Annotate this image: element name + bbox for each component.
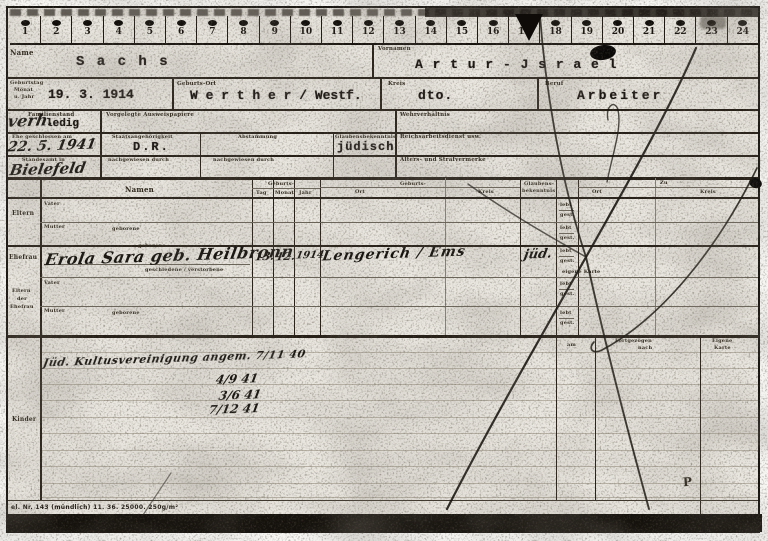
scanned-record-card: 123456789101112131415161718192021222324 … xyxy=(0,0,768,541)
geburtstag-label-3: u. Jahr xyxy=(14,94,34,100)
tab-number: 4 xyxy=(104,27,134,37)
rule-line xyxy=(40,368,758,369)
tab-number: 19 xyxy=(572,27,602,37)
glauben-value: jüdisch xyxy=(337,140,394,154)
header-jahr: Jahr xyxy=(299,190,312,196)
tab-number: 12 xyxy=(353,27,383,37)
tab-number: 16 xyxy=(478,27,508,37)
printer-imprint: el. Nr. 143 (mündlich) 11. 36. 25000. 25… xyxy=(11,504,178,511)
punch-dot xyxy=(177,20,186,26)
tab-number: 20 xyxy=(603,27,633,37)
divider xyxy=(40,178,42,500)
lebt-label: lebt xyxy=(560,281,572,287)
abstammung-label: Abstammung xyxy=(238,134,277,140)
rad-label: Reichsarbeitsdienst usw. xyxy=(400,134,481,140)
rule xyxy=(40,306,758,307)
tab-8: 8 xyxy=(228,16,259,43)
punch-dot xyxy=(613,20,622,26)
geschiedene-small: geschiedene / verstorbene xyxy=(145,267,223,273)
tab-12: 12 xyxy=(353,16,384,43)
rule xyxy=(8,77,758,79)
lebt-label: lebt xyxy=(560,202,572,208)
punch-dot xyxy=(395,20,404,26)
eigene-karte-header-1: Eigene xyxy=(712,338,732,344)
tab-number: 13 xyxy=(384,27,414,37)
kinder-annotation-2: 4/9 41 xyxy=(215,371,260,386)
kreis-value: dto. xyxy=(418,88,453,103)
rule-line xyxy=(40,466,758,467)
tab-number: 2 xyxy=(41,27,71,37)
rule xyxy=(40,277,758,278)
eltern-der-ehefrau-3: Ehefrau xyxy=(10,304,34,310)
header-zu: Zu xyxy=(660,180,668,186)
rule xyxy=(8,500,758,501)
rule xyxy=(559,233,574,234)
beruf-label: Beruf xyxy=(545,81,563,87)
ehefrau-jahr: 1914 xyxy=(295,250,325,262)
tab-5: 5 xyxy=(135,16,166,43)
divider xyxy=(372,45,374,78)
divider xyxy=(578,178,579,335)
tab-number: 10 xyxy=(291,27,321,37)
rule-line xyxy=(40,497,758,498)
lebt-label: lebt xyxy=(560,225,572,231)
punch-dot xyxy=(239,20,248,26)
tab-number: 21 xyxy=(634,27,664,37)
tab-number: 15 xyxy=(447,27,477,37)
tab-20: 20 xyxy=(603,16,634,43)
gest-label: gest. xyxy=(560,235,575,241)
rule-line xyxy=(40,384,758,385)
eltern-der-ehefrau-1: Eltern xyxy=(12,288,31,294)
header-geburts-1: Geburts- xyxy=(268,181,294,187)
name-value: S a c h s xyxy=(76,54,170,70)
rule xyxy=(578,187,758,188)
gest-label: gest. xyxy=(560,212,575,218)
punch-dot xyxy=(52,20,61,26)
ehefrau-glauben: jüd. xyxy=(523,247,554,263)
kreis-label: Kreis xyxy=(388,81,405,87)
beruf-value: Arbeiter xyxy=(577,88,663,103)
header-kreis: Kreis xyxy=(478,189,494,195)
tab-number: 22 xyxy=(665,27,695,37)
header-monat: Monat xyxy=(275,190,294,196)
rule-line xyxy=(40,450,758,451)
punch-dot xyxy=(333,20,342,26)
tab-2: 2 xyxy=(41,16,72,43)
familienstand-handwritten: verh. xyxy=(6,110,55,131)
lebt-label: lebt xyxy=(560,248,572,254)
rule xyxy=(8,197,758,199)
tab-4: 4 xyxy=(104,16,135,43)
kinder-annotation-4: 7/12 41 xyxy=(208,401,261,417)
divider xyxy=(380,79,382,109)
tab-13: 13 xyxy=(384,16,415,43)
vornamen-label: Vornamen xyxy=(378,46,411,52)
geburtsort-label: Geburts-Ort xyxy=(177,81,216,87)
triangle-mark xyxy=(515,14,543,41)
punch-dot xyxy=(114,20,123,26)
tab-row: 123456789101112131415161718192021222324 xyxy=(10,16,758,45)
divider xyxy=(172,79,174,109)
rule xyxy=(559,318,574,319)
punch-dot xyxy=(645,20,654,26)
divider xyxy=(655,178,656,335)
rule xyxy=(559,256,574,257)
tab-1: 1 xyxy=(10,16,41,43)
tab-number: 9 xyxy=(260,27,290,37)
tab-smudge xyxy=(700,16,726,29)
rule-line xyxy=(40,417,758,418)
tab-number: 24 xyxy=(728,27,758,37)
papiere-label: Vorgelegte Ausweispapiere xyxy=(106,112,194,118)
ehefrau-tag: 13. xyxy=(254,250,276,264)
header-kreis-2: Kreis xyxy=(700,189,716,195)
header-geburts-2: Geburts- xyxy=(400,181,426,187)
rule xyxy=(40,222,758,223)
tab-18: 18 xyxy=(540,16,571,43)
tab-21: 21 xyxy=(634,16,665,43)
rule xyxy=(320,187,520,188)
rule xyxy=(8,109,758,111)
tab-3: 3 xyxy=(72,16,103,43)
punch-dot xyxy=(426,20,435,26)
tab-number: 7 xyxy=(197,27,227,37)
rule xyxy=(8,177,758,180)
rule xyxy=(559,289,574,290)
eltern-der-ehefrau-2: der xyxy=(17,296,27,302)
punch-dot xyxy=(145,20,154,26)
punch-dot xyxy=(582,20,591,26)
punch-dot xyxy=(676,20,685,26)
rule xyxy=(252,188,320,189)
wehr-label: Wehrverhältnis xyxy=(400,112,450,118)
tab-7: 7 xyxy=(197,16,228,43)
geborene-label-2: geborene xyxy=(112,310,140,316)
divider xyxy=(595,335,596,500)
tab-15: 15 xyxy=(447,16,478,43)
tab-19: 19 xyxy=(572,16,603,43)
header-namen: Namen xyxy=(125,185,154,194)
ehefrau-label: Ehefrau xyxy=(9,254,37,261)
name-label: Name xyxy=(10,48,34,57)
nach-label: nach xyxy=(638,345,652,351)
tab-24: 24 xyxy=(728,16,758,43)
geburtsort-value: W e r t h e r / Westf. xyxy=(190,88,362,103)
vornamen-value: A r t u r - J s r a e l xyxy=(415,57,617,72)
tab-number: 1 xyxy=(10,27,40,37)
mutter-label-2: Mutter xyxy=(44,308,65,314)
tab-number: 14 xyxy=(416,27,446,37)
punch-dot xyxy=(270,20,279,26)
header-ort-2: Ort xyxy=(592,189,602,195)
ehe-handwritten: 22. 5. 1941 xyxy=(6,136,97,155)
tab-number: 18 xyxy=(540,27,570,37)
tab-14: 14 xyxy=(416,16,447,43)
p-stamp: P xyxy=(683,475,693,490)
divider xyxy=(395,110,397,178)
tab-number: 11 xyxy=(322,27,352,37)
nachgewiesen-label-1: nachgewiesen durch xyxy=(108,157,169,163)
rule-line xyxy=(40,400,758,401)
staat-value: D.R. xyxy=(133,140,170,154)
header-glaubens-2: bekenntnis xyxy=(522,188,555,194)
vater-label-2: Vater xyxy=(44,280,60,286)
divider xyxy=(520,178,521,335)
rule xyxy=(559,210,574,211)
mutter-label: Mutter xyxy=(44,224,65,230)
am-label: am xyxy=(567,342,576,348)
punch-dot xyxy=(83,20,92,26)
eltern-label: Eltern xyxy=(12,210,34,217)
punch-dot xyxy=(489,20,498,26)
rule-line xyxy=(40,483,758,484)
rule-line xyxy=(40,433,758,434)
tab-11: 11 xyxy=(322,16,353,43)
tab-6: 6 xyxy=(166,16,197,43)
divider xyxy=(537,79,539,109)
punch-dot xyxy=(364,20,373,26)
eigene-karte-small: eigene Karte xyxy=(562,269,600,275)
geborene-label: geborene xyxy=(112,226,140,232)
tab-22: 22 xyxy=(665,16,696,43)
tab-number: 8 xyxy=(228,27,258,37)
gest-label: gest. xyxy=(560,320,575,326)
header-tag: Tag xyxy=(256,190,267,196)
punch-dot xyxy=(301,20,310,26)
divider xyxy=(100,110,102,178)
punch-dot xyxy=(21,20,30,26)
tab-9: 9 xyxy=(260,16,291,43)
header-glaubens-1: Glaubens- xyxy=(524,181,554,187)
tab-16: 16 xyxy=(478,16,509,43)
fortgezogen-label: Fortgezogen xyxy=(615,338,652,344)
kinder-label: Kinder xyxy=(12,416,36,423)
gest-label: gest. xyxy=(560,258,575,264)
tab-10: 10 xyxy=(291,16,322,43)
tab-number: 3 xyxy=(72,27,102,37)
divider xyxy=(700,335,701,515)
bottom-black-border xyxy=(6,514,762,532)
geburtstag-label: Geburtstag xyxy=(10,80,43,86)
punch-dot xyxy=(738,20,747,26)
vater-label: Vater xyxy=(44,201,60,207)
punch-dot xyxy=(208,20,217,26)
tab-number: 6 xyxy=(166,27,196,37)
nachgewiesen-label-2: nachgewiesen durch xyxy=(213,157,274,163)
lebt-label: lebt xyxy=(560,310,572,316)
eigene-karte-header-2: Karte xyxy=(714,345,731,351)
ruled-lines-layer xyxy=(0,0,768,541)
punch-dot xyxy=(551,20,560,26)
punch-dot xyxy=(457,20,466,26)
alters-label: Alters- und Strafvermerke xyxy=(400,157,486,163)
ehefrau-monat: 12. xyxy=(275,250,297,264)
standesamt-handwritten: Bielefeld xyxy=(8,159,87,180)
geburtstag-label-2: Monat xyxy=(14,87,33,93)
divider xyxy=(556,178,557,500)
geburtstag-value: 19. 3. 1914 xyxy=(48,87,134,102)
header-ort: Ort xyxy=(355,189,365,195)
tab-number: 5 xyxy=(135,27,165,37)
gest-label: gest. xyxy=(560,291,575,297)
